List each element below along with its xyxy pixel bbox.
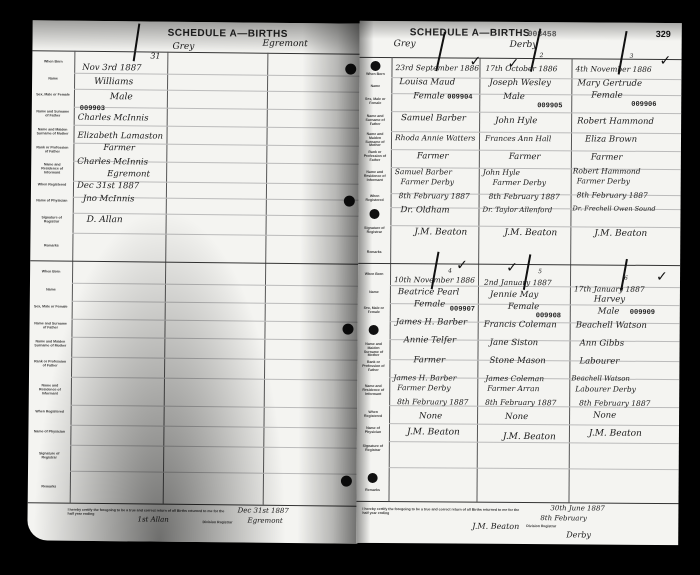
informant-residence: Farmer Derby	[577, 176, 630, 185]
label-when-born: When Born	[362, 73, 388, 77]
label-when-born: When Born	[34, 270, 68, 274]
child-sex: Female	[414, 299, 445, 309]
col-divider	[163, 52, 169, 504]
father-name: Robert Hammond	[577, 116, 654, 127]
row-rule	[389, 423, 679, 426]
section-rule	[30, 260, 360, 264]
row-rule	[74, 125, 362, 129]
registrar-signature: J.M. Beaton	[589, 428, 642, 438]
ink-dot	[368, 473, 378, 483]
informant-residence: Farmer Derby	[397, 383, 450, 392]
label-informant: Name and Residence of Informant	[362, 171, 388, 183]
label-when-registered: When Registered	[33, 410, 67, 414]
informant-residence: Farmer Derby	[401, 177, 454, 186]
county-value: Grey	[394, 39, 416, 49]
label-registrar: Signature of Registrar	[361, 227, 387, 235]
label-sex: Sex, Male or Female	[362, 98, 388, 106]
when-born: 4th November 1886	[575, 64, 651, 74]
row-rule	[71, 377, 359, 381]
child-sex: Female	[591, 91, 622, 101]
mother-name: Elizabeth Lamaston	[77, 131, 163, 142]
check-mark: ✓	[456, 258, 468, 274]
label-when-registered: When Registered	[360, 411, 386, 419]
binding-hole	[341, 476, 352, 487]
child-sex: Male	[503, 92, 525, 102]
child-sex: Male	[110, 92, 133, 102]
child-name: Jennie May	[490, 290, 538, 300]
entry-number: 4	[448, 268, 452, 275]
father-profession: Farmer	[103, 143, 135, 153]
footer-date: Dec 31st 1887	[238, 506, 289, 515]
father-name: James H. Barber	[396, 317, 467, 327]
registrar-signature: J.M. Beaton	[594, 229, 647, 239]
label-physician: Name of Physician	[360, 427, 386, 435]
when-born: 2nd January 1887	[484, 278, 552, 287]
informant-residence: Egremont	[107, 169, 150, 179]
when-registered: 8th February 1887	[579, 398, 650, 407]
binding-hole	[342, 324, 353, 335]
registrar-label: Division Registrar	[526, 524, 556, 528]
division-value: Egremont	[262, 39, 307, 49]
registrar-signature: J.M. Beaton	[407, 427, 460, 437]
row-rule	[74, 73, 362, 77]
registrar-signature: D. Allan	[87, 215, 123, 225]
father-name: John Hyle	[495, 116, 537, 126]
when-registered: 8th February 1887	[489, 192, 560, 201]
informant-residence: Farmer Derby	[493, 178, 546, 187]
label-physician: Name of Physician	[35, 199, 69, 203]
label-informant: Name and Residence of Informant	[360, 385, 386, 397]
physician-name: Dr. Frechell Owen Sound	[572, 204, 655, 213]
row-rule	[70, 425, 358, 429]
child-name: Louisa Maud	[399, 77, 455, 87]
when-registered: Dec 31st 1887	[77, 181, 139, 192]
label-sex: Sex, Male or Female	[36, 93, 70, 97]
father-profession: Stone Mason	[489, 356, 545, 366]
entry-number: 5	[538, 268, 542, 275]
child-sex: Female	[413, 91, 444, 101]
record-stamp: 009909	[630, 309, 655, 317]
footer-place: Derby	[566, 530, 591, 539]
child-name: Beatrice Pearl	[398, 287, 459, 297]
father-profession: Farmer	[591, 152, 623, 162]
informant-residence: Farmer Arran	[487, 384, 539, 393]
when-registered: 8th February 1887	[577, 190, 648, 199]
child-name: Harvey	[594, 295, 625, 305]
mother-name: Annie Telfer	[404, 335, 457, 345]
mother-name: Jane Siston	[490, 338, 539, 348]
check-mark: ✓	[656, 269, 668, 285]
mother-name: Ann Gibbs	[580, 338, 625, 348]
certification-text: I hereby certify the foregoing to be a t…	[362, 507, 522, 516]
entry-number: 2	[540, 52, 544, 59]
footer-signature: 1st Allan	[137, 515, 168, 523]
county-value: Grey	[172, 42, 194, 52]
row-rule	[71, 357, 359, 361]
record-stamp: 009908	[536, 312, 561, 320]
label-informant: Name and Residence of Informant	[35, 163, 69, 175]
label-profession: Rank or Profession of Father	[362, 151, 388, 163]
label-remarks: Remarks	[34, 244, 68, 248]
physician-name: Dr. Oldham	[400, 205, 449, 215]
label-when-registered: When Registered	[35, 183, 69, 187]
label-mother: Name and Maiden Surname of Mother	[360, 343, 386, 358]
entry-number: 3	[630, 53, 634, 60]
footer-rule	[356, 501, 678, 504]
page-number: 329	[656, 29, 671, 39]
row-rule	[72, 233, 360, 237]
record-stamp: 009906	[631, 101, 656, 109]
mother-name: Rhoda Annie Watters	[395, 133, 475, 143]
row-rule	[70, 471, 358, 475]
record-stamp: 009903	[80, 105, 105, 113]
row-labels: When Born Name Sex, Male or Female Name …	[356, 21, 392, 543]
label-remarks: Remarks	[361, 251, 387, 255]
label-profession: Rank or Profession of Father	[360, 361, 386, 373]
label-remarks: Remarks	[32, 485, 66, 489]
father-profession: Farmer	[413, 355, 445, 365]
right-register-page: SCHEDULE A—BIRTHS 008458 329 Grey Derby …	[356, 21, 682, 545]
label-physician: Name of Physician	[32, 430, 66, 434]
label-father: Name and Surname of Father	[33, 322, 67, 330]
when-born: 10th November 1886	[394, 275, 475, 285]
label-sex: Sex, Male or Female	[361, 307, 387, 315]
label-name: Name	[36, 77, 70, 81]
label-mother: Name and Maiden Surname of Mother	[362, 133, 388, 148]
label-profession: Rank or Profession of Father	[35, 146, 69, 154]
informant-name: Robert Hammond	[573, 166, 641, 175]
father-name: Charles McInnis	[78, 113, 149, 124]
row-rule	[74, 107, 362, 111]
footer-day: 8th February	[540, 514, 586, 522]
label-sex: Sex, Male or Female	[34, 305, 68, 309]
registrar-label: Division Registrar	[202, 520, 232, 524]
informant-residence: Labourer Derby	[575, 384, 636, 393]
row-rule	[71, 337, 359, 341]
check-mark: ✓	[506, 260, 518, 276]
physician-name: None	[593, 411, 616, 421]
record-stamp: 009907	[450, 306, 475, 314]
footer-rule	[28, 502, 358, 506]
label-informant: Name and Residence of Informant	[33, 384, 67, 396]
father-name: Beachell Watson	[576, 320, 647, 330]
child-sex: Male	[598, 307, 620, 317]
row-rule	[72, 319, 360, 323]
row-labels: When Born Name Sex, Male or Female Name …	[27, 20, 74, 540]
when-registered: 8th February 1887	[399, 191, 470, 200]
child-name: Williams	[94, 77, 133, 87]
col-divider	[263, 53, 269, 505]
informant-name: James H. Barber	[393, 373, 456, 382]
tick-mark	[133, 23, 140, 61]
child-sex: Female	[508, 302, 539, 312]
child-name: Joseph Wesley	[489, 78, 551, 88]
when-registered: 8th February 1887	[397, 397, 468, 406]
mother-name: Eliza Brown	[585, 134, 637, 144]
informant-name: Samuel Barber	[395, 167, 452, 176]
footer-place: Egremont	[247, 517, 282, 525]
left-register-page: SCHEDULE A—BIRTHS Grey Egremont 31 When …	[27, 20, 362, 543]
ink-dot	[370, 61, 380, 71]
label-father: Name and Surname of Father	[36, 110, 70, 118]
when-born: Nov 3rd 1887	[82, 63, 141, 74]
ink-dot	[369, 325, 379, 335]
child-name: Mary Gertrude	[577, 78, 642, 88]
father-profession: Labourer	[579, 356, 619, 366]
mother-name: Frances Ann Hall	[485, 134, 551, 143]
label-registrar: Signature of Registrar	[32, 452, 66, 460]
entry-number: 6	[624, 275, 628, 282]
informant-name: Charles McInnis	[77, 157, 148, 168]
row-rule	[72, 301, 360, 305]
informant-name: James Coleman	[485, 374, 544, 383]
label-mother: Name and Maiden Surname of Mother	[36, 128, 70, 136]
registrar-signature: J.M. Beaton	[414, 227, 467, 237]
label-when-registered: When Registered	[362, 195, 388, 203]
row-rule	[389, 467, 679, 470]
label-mother: Name and Maiden Surname of Mother	[33, 340, 67, 348]
when-born: 17th January 1887	[574, 284, 645, 293]
registrar-signature: J.M. Beaton	[504, 228, 557, 238]
row-rule	[70, 445, 358, 449]
binding-hole	[344, 196, 355, 207]
header-code: 008458	[528, 30, 557, 39]
registrar-signature: J.M. Beaton	[503, 432, 556, 442]
label-when-born: When Born	[361, 273, 387, 277]
label-name: Name	[34, 288, 68, 292]
col-divider	[568, 58, 572, 502]
informant-name: John Hyle	[483, 168, 520, 177]
when-born: 23rd September 1886	[395, 63, 479, 73]
record-stamp: 009904	[447, 93, 472, 101]
when-born: 17th October 1886	[485, 64, 557, 74]
label-registrar: Signature of Registrar	[360, 445, 386, 453]
check-mark: ✓	[659, 53, 671, 69]
footer-signature: J.M. Beaton	[472, 522, 519, 531]
section-rule	[358, 263, 680, 266]
informant-name: Beachell Watson	[571, 374, 630, 382]
binding-hole	[345, 64, 356, 75]
father-profession: Farmer	[417, 151, 449, 161]
label-profession: Rank or Profession of Father	[33, 360, 67, 368]
father-name: Samuel Barber	[401, 113, 466, 123]
when-registered: 8th February 1887	[485, 398, 556, 407]
schedule-title: SCHEDULE A—BIRTHS	[410, 27, 530, 39]
label-remarks: Remarks	[360, 489, 386, 493]
label-father: Name and Surname of Father	[362, 115, 388, 127]
row-rule	[72, 283, 360, 287]
header-rule	[32, 50, 362, 54]
label-when-born: When Born	[36, 60, 70, 64]
father-profession: Farmer	[509, 152, 541, 162]
label-registrar: Signature of Registrar	[35, 216, 69, 224]
footer-date: 30th June 1887	[550, 504, 605, 512]
col-divider	[476, 58, 480, 502]
division-value: Derby	[510, 40, 538, 50]
record-stamp: 009905	[537, 102, 562, 110]
label-name: Name	[362, 85, 388, 89]
row-rule	[71, 405, 359, 409]
physician-name: None	[419, 411, 442, 421]
physician-name: None	[505, 412, 528, 422]
physician-name: Jno McInnis	[83, 194, 135, 205]
father-name: Francis Coleman	[484, 320, 557, 331]
physician-name: Dr. Taylor Allenford	[482, 206, 552, 214]
ink-dot	[369, 209, 379, 219]
label-name: Name	[361, 291, 387, 295]
entry-number: 31	[150, 52, 160, 61]
